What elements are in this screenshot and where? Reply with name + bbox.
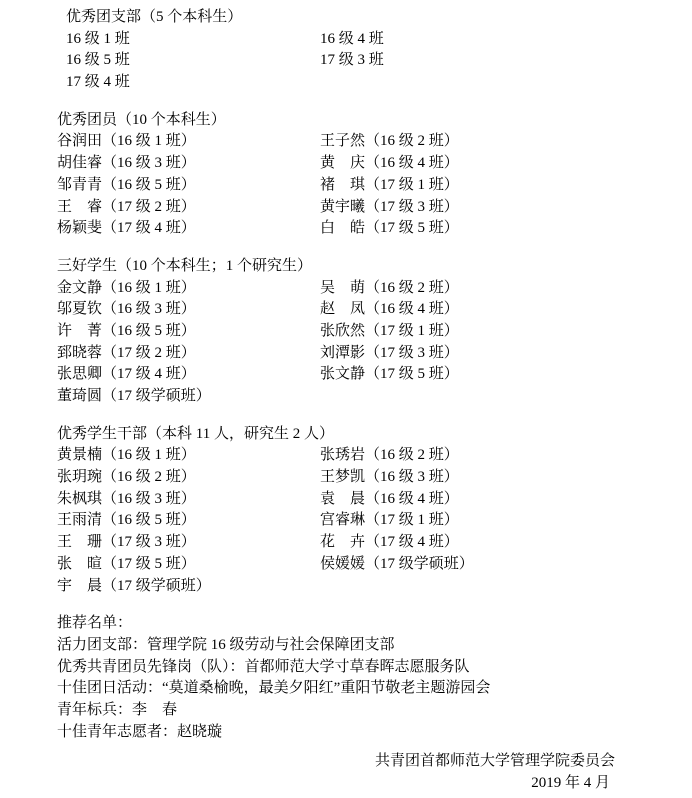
awards-document: 优秀团支部（5 个本科生） 16 级 1 班 16 级 4 班 16 级 5 班… <box>0 0 692 743</box>
award-entry: 邹青青（16 级 5 班） <box>57 175 320 197</box>
award-row: 张思卿（17 级 4 班） 张文静（17 级 5 班） <box>57 364 692 386</box>
recommendation-item: 优秀共青团员先锋岗（队）：首都师范大学寸草春晖志愿服务队 <box>57 657 692 679</box>
recommendation-item: 十佳青年志愿者：赵晓璇 <box>57 722 692 744</box>
blank-line <box>57 408 692 424</box>
section-excellent-league-branch: 优秀团支部（5 个本科生） 16 级 1 班 16 级 4 班 16 级 5 班… <box>57 7 692 94</box>
section-title: 优秀学生干部（本科 11 人，研究生 2 人） <box>57 424 692 446</box>
award-entry: 吴 萌（16 级 2 班） <box>320 278 459 300</box>
award-entry: 宇 晨（17 级学硕班） <box>57 576 320 598</box>
award-row: 宇 晨（17 级学硕班） <box>57 576 692 598</box>
award-row: 许 菁（16 级 5 班） 张欣然（17 级 1 班） <box>57 321 692 343</box>
award-entry: 胡佳睿（16 级 3 班） <box>57 153 320 175</box>
recommendation-title: 推荐名单： <box>57 613 692 635</box>
award-row: 17 级 4 班 <box>57 72 692 94</box>
award-row: 16 级 1 班 16 级 4 班 <box>57 29 692 51</box>
award-entry: 朱枫琪（16 级 3 班） <box>57 489 320 511</box>
award-entry: 16 级 5 班 <box>66 50 320 72</box>
section-title: 优秀团支部（5 个本科生） <box>57 7 692 29</box>
recommendation-item: 十佳团日活动：“莫道桑榆晚，最美夕阳红”重阳节敬老主题游园会 <box>57 678 692 700</box>
section-excellent-league-member: 优秀团员（10 个本科生） 谷润田（16 级 1 班） 王子然（16 级 2 班… <box>57 110 692 240</box>
award-entry: 张 暄（17 级 5 班） <box>57 554 320 576</box>
signature-date: 2019 年 4 月 <box>0 773 615 795</box>
section-merit-student: 三好学生（10 个本科生；1 个研究生） 金文静（16 级 1 班） 吴 萌（1… <box>57 256 692 408</box>
award-entry: 杨颖斐（17 级 4 班） <box>57 218 320 240</box>
section-excellent-student-cadre: 优秀学生干部（本科 11 人，研究生 2 人） 黄景楠（16 级 1 班） 张琇… <box>57 424 692 598</box>
award-entry: 白 皓（17 级 5 班） <box>320 218 459 240</box>
award-entry: 王 珊（17 级 3 班） <box>57 532 320 554</box>
award-entry: 宫睿琳（17 级 1 班） <box>320 510 459 532</box>
award-row: 王雨清（16 级 5 班） 宫睿琳（17 级 1 班） <box>57 510 692 532</box>
award-entry: 侯媛媛（17 级学硕班） <box>320 554 474 576</box>
award-entry: 17 级 3 班 <box>320 50 384 72</box>
award-row: 张玥琬（16 级 2 班） 王梦凯（16 级 3 班） <box>57 467 692 489</box>
award-entry: 董琦圆（17 级学硕班） <box>57 386 320 408</box>
award-entry: 刘潭影（17 级 3 班） <box>320 343 459 365</box>
award-entry: 张欣然（17 级 1 班） <box>320 321 459 343</box>
document-signature: 共青团首都师范大学管理学院委员会 2019 年 4 月 <box>0 751 692 794</box>
award-entry: 张琇岩（16 级 2 班） <box>320 445 459 467</box>
section-title: 三好学生（10 个本科生；1 个研究生） <box>57 256 692 278</box>
award-row: 16 级 5 班 17 级 3 班 <box>57 50 692 72</box>
recommendation-item: 活力团支部：管理学院 16 级劳动与社会保障团支部 <box>57 635 692 657</box>
section-recommendation-list: 推荐名单： 活力团支部：管理学院 16 级劳动与社会保障团支部 优秀共青团员先锋… <box>57 613 692 743</box>
award-row: 郅晓蓉（17 级 2 班） 刘潭影（17 级 3 班） <box>57 343 692 365</box>
award-entry: 黄景楠（16 级 1 班） <box>57 445 320 467</box>
award-entry: 黄宇曦（17 级 3 班） <box>320 197 459 219</box>
award-entry: 张玥琬（16 级 2 班） <box>57 467 320 489</box>
award-entry: 邬夏钦（16 级 3 班） <box>57 299 320 321</box>
award-entry: 王雨清（16 级 5 班） <box>57 510 320 532</box>
award-row: 杨颖斐（17 级 4 班） 白 皓（17 级 5 班） <box>57 218 692 240</box>
award-entry: 郅晓蓉（17 级 2 班） <box>57 343 320 365</box>
signature-organization: 共青团首都师范大学管理学院委员会 <box>0 751 615 773</box>
recommendation-item: 青年标兵：李 春 <box>57 700 692 722</box>
award-entry: 袁 晨（16 级 4 班） <box>320 489 459 511</box>
blank-line <box>57 94 692 110</box>
document-page: 优秀团支部（5 个本科生） 16 级 1 班 16 级 4 班 16 级 5 班… <box>0 0 692 798</box>
award-row: 朱枫琪（16 级 3 班） 袁 晨（16 级 4 班） <box>57 489 692 511</box>
award-row: 王 睿（17 级 2 班） 黄宇曦（17 级 3 班） <box>57 197 692 219</box>
award-entry: 张文静（17 级 5 班） <box>320 364 459 386</box>
award-entry: 17 级 4 班 <box>66 72 320 94</box>
award-entry: 花 卉（17 级 4 班） <box>320 532 459 554</box>
award-row: 邬夏钦（16 级 3 班） 赵 凤（16 级 4 班） <box>57 299 692 321</box>
blank-line <box>57 240 692 256</box>
award-entry: 王 睿（17 级 2 班） <box>57 197 320 219</box>
award-entry: 褚 琪（17 级 1 班） <box>320 175 459 197</box>
award-entry: 赵 凤（16 级 4 班） <box>320 299 459 321</box>
award-entry: 金文静（16 级 1 班） <box>57 278 320 300</box>
award-entry: 王梦凯（16 级 3 班） <box>320 467 459 489</box>
blank-line <box>57 597 692 613</box>
award-entry: 16 级 4 班 <box>320 29 384 51</box>
award-entry: 16 级 1 班 <box>66 29 320 51</box>
award-row: 张 暄（17 级 5 班） 侯媛媛（17 级学硕班） <box>57 554 692 576</box>
award-entry: 许 菁（16 级 5 班） <box>57 321 320 343</box>
award-entry: 黄 庆（16 级 4 班） <box>320 153 459 175</box>
award-row: 黄景楠（16 级 1 班） 张琇岩（16 级 2 班） <box>57 445 692 467</box>
award-entry: 谷润田（16 级 1 班） <box>57 131 320 153</box>
award-entry: 王子然（16 级 2 班） <box>320 131 459 153</box>
award-row: 谷润田（16 级 1 班） 王子然（16 级 2 班） <box>57 131 692 153</box>
award-entry: 张思卿（17 级 4 班） <box>57 364 320 386</box>
award-row: 金文静（16 级 1 班） 吴 萌（16 级 2 班） <box>57 278 692 300</box>
award-row: 王 珊（17 级 3 班） 花 卉（17 级 4 班） <box>57 532 692 554</box>
award-row: 邹青青（16 级 5 班） 褚 琪（17 级 1 班） <box>57 175 692 197</box>
award-row: 董琦圆（17 级学硕班） <box>57 386 692 408</box>
award-row: 胡佳睿（16 级 3 班） 黄 庆（16 级 4 班） <box>57 153 692 175</box>
section-title: 优秀团员（10 个本科生） <box>57 110 692 132</box>
